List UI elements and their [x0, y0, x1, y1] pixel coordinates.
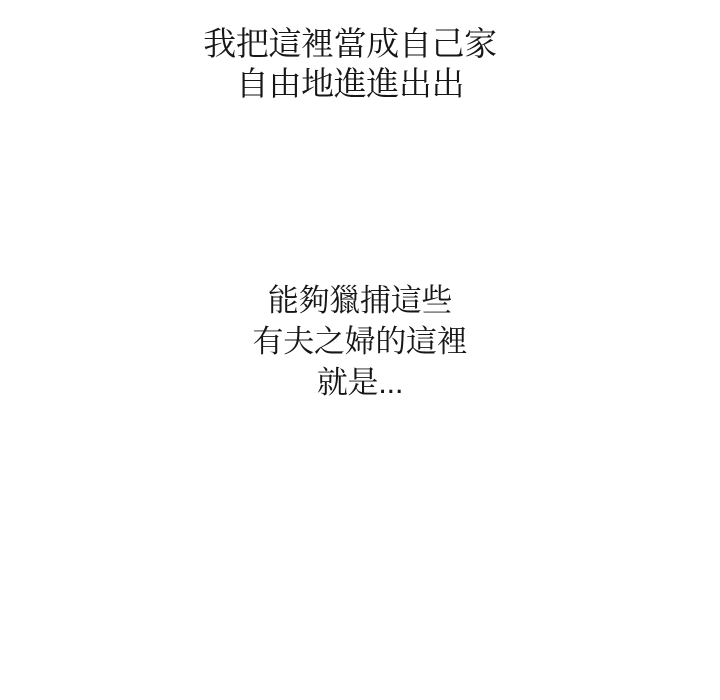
narration-line: 有夫之婦的這裡	[0, 321, 720, 362]
narration-line: 我把這裡當成自己家	[0, 24, 700, 64]
narration-line: 能夠獵捕這些	[0, 280, 720, 321]
narration-block-middle: 能夠獵捕這些 有夫之婦的這裡 就是...	[0, 280, 720, 403]
comic-page: 我把這裡當成自己家 自由地進進出出 能夠獵捕這些 有夫之婦的這裡 就是...	[0, 0, 720, 700]
narration-line: 自由地進進出出	[0, 64, 700, 104]
narration-line: 就是...	[0, 362, 720, 403]
narration-block-top: 我把這裡當成自己家 自由地進進出出	[0, 24, 700, 104]
